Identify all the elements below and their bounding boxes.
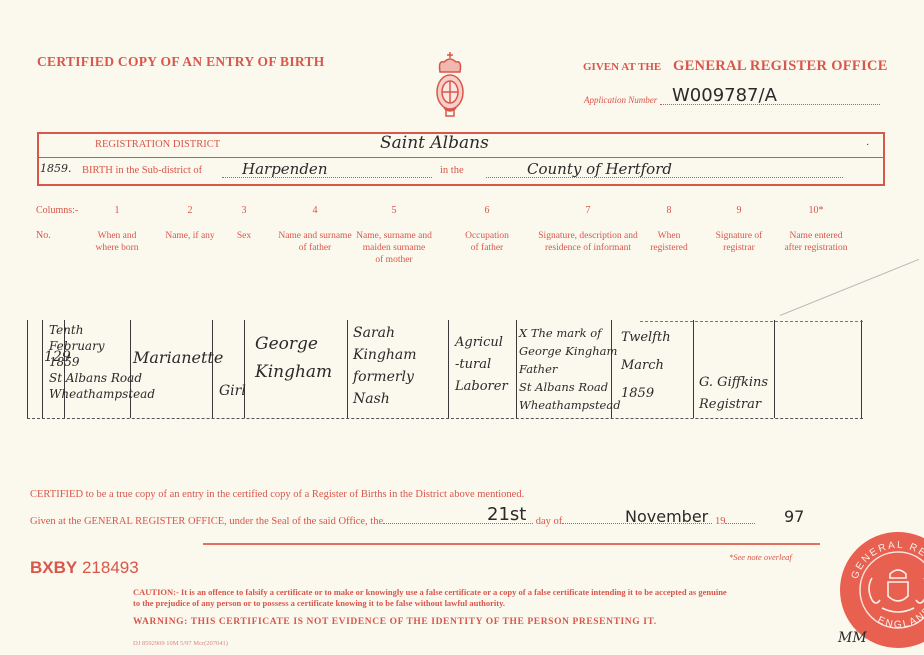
column-2-number: 2 bbox=[170, 205, 210, 216]
column-5-number: 5 bbox=[374, 205, 414, 216]
entry-registrar-signature: G. Giffkins Registrar bbox=[699, 372, 768, 416]
column-7-number: 7 bbox=[568, 205, 608, 216]
entry-informant: X The mark of George Kingham Father St A… bbox=[519, 324, 621, 414]
column-3-number: 3 bbox=[224, 205, 264, 216]
entry-when-registered: Twelfth March 1859 bbox=[621, 324, 671, 408]
column-10-number: 10* bbox=[796, 205, 836, 216]
print-code: DJ 8592909 10M 5/97 Mcr(207041) bbox=[133, 640, 228, 647]
birth-entry-row: 129 Tenth February 1859 St Albans Road W… bbox=[27, 320, 863, 418]
column-no-heading: No. bbox=[36, 230, 51, 241]
see-note-overleaf: *See note overleaf bbox=[729, 552, 792, 562]
given-at-label: GIVEN AT THE bbox=[583, 61, 661, 73]
footer-rule bbox=[203, 543, 820, 545]
columns-label: Columns:- bbox=[36, 205, 78, 216]
entry-sex: Girl bbox=[219, 384, 246, 399]
entry-father-occupation: Agricul -tural Laborer bbox=[455, 332, 508, 398]
caution-notice: CAUTION:- It is an offence to falsify a … bbox=[133, 587, 733, 609]
in-the-label: in the bbox=[440, 165, 464, 176]
sub-district-value: Harpenden bbox=[242, 160, 327, 178]
entry-name: Marianette bbox=[133, 350, 223, 365]
certified-statement: CERTIFIED to be a true copy of an entry … bbox=[30, 489, 524, 500]
entry-year: 1859. bbox=[40, 162, 72, 175]
entry-top-rule bbox=[640, 321, 863, 322]
stray-mark: · bbox=[866, 140, 869, 151]
issue-day: 21st bbox=[487, 504, 526, 525]
sub-district-label: BIRTH in the Sub-district of bbox=[82, 165, 202, 176]
issue-month: November bbox=[625, 507, 708, 526]
column-10-heading: Name entered after registration bbox=[756, 230, 876, 254]
certificate-title: CERTIFIED COPY OF AN ENTRY OF BIRTH bbox=[37, 54, 325, 70]
column-6-number: 6 bbox=[467, 205, 507, 216]
entry-bottom-rule bbox=[27, 418, 863, 419]
column-8-number: 8 bbox=[649, 205, 689, 216]
application-number-label: Application Number bbox=[584, 95, 657, 105]
county-value: County of Hertford bbox=[527, 160, 672, 178]
column-9-number: 9 bbox=[719, 205, 759, 216]
column-4-number: 4 bbox=[295, 205, 335, 216]
entry-mother: Sarah Kingham formerly Nash bbox=[353, 322, 417, 410]
serial-digits: 218493 bbox=[82, 558, 139, 577]
registration-district-value: Saint Albans bbox=[380, 133, 489, 153]
application-number-value: W009787/A bbox=[672, 85, 777, 106]
royal-crest-icon bbox=[434, 50, 466, 120]
serial-prefix: BXBY bbox=[30, 558, 77, 577]
year-prefix: 19 bbox=[715, 516, 726, 527]
stray-pen-line bbox=[780, 259, 919, 316]
day-of-label: day of bbox=[536, 516, 563, 527]
general-register-office-label: GENERAL REGISTER OFFICE bbox=[673, 58, 888, 75]
clerk-initials: MM bbox=[838, 630, 867, 646]
issue-year: 97 bbox=[784, 507, 804, 526]
warning-notice: WARNING: THIS CERTIFICATE IS NOT EVIDENC… bbox=[133, 617, 657, 627]
entry-father: George Kingham bbox=[255, 330, 332, 386]
given-at-text: Given at the GENERAL REGISTER OFFICE, un… bbox=[30, 516, 383, 527]
registration-district-label: REGISTRATION DISTRICT bbox=[95, 139, 220, 150]
registration-divider bbox=[37, 157, 885, 158]
certificate-serial-number: BXBY 218493 bbox=[30, 558, 139, 578]
column-1-number: 1 bbox=[97, 205, 137, 216]
